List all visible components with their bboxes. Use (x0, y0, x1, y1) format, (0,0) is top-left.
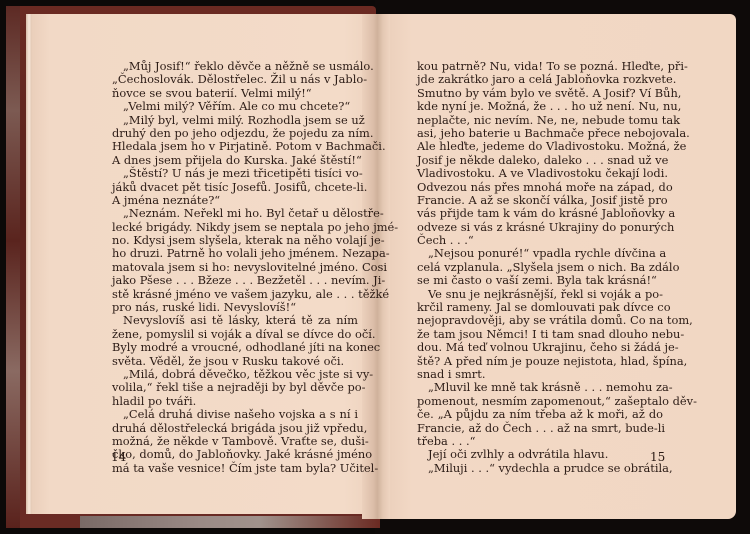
text-line: jako Pšese . . . Bžeze . . . Bezžetěl . … (112, 274, 358, 287)
text-line: krčil rameny. Jal se domlouvati pak dívc… (417, 301, 663, 314)
text-line: žene, pomyslil si voják a díval se dívce… (112, 328, 358, 341)
text-line: ňovce se svou baterií. Velmi milý!“ (112, 87, 358, 100)
text-line: Její oči zvlhly a odvrátila hlavu. (417, 448, 663, 461)
text-line: „Velmi milý? Věřím. Ale co mu chcete?“ (112, 100, 358, 113)
text-line: se mi často o vaší zemi. Byla tak krásná… (417, 274, 663, 287)
text-line: volila,“ řekl tiše a nejraději by byl dě… (112, 381, 358, 394)
text-line: „Mluvil ke mně tak krásně . . . nemohu z… (417, 381, 663, 394)
text-line: stě krásné jméno ve vašem jazyku, ale . … (112, 288, 358, 301)
text-line: celá vzplanula. „Slyšela jsem o nich. Ba… (417, 261, 663, 274)
text-line: čko, domů, do Jabloňovky. Jaké krásné jm… (112, 448, 358, 461)
text-line: Odvezou nás přes mnohá moře na západ, do (417, 181, 663, 194)
text-line: vás přijde tam k vám do krásné Jabloňovk… (417, 207, 663, 220)
cover-bottom-edge (80, 516, 380, 528)
text-line: neplačte, nic nevím. Ne, ne, nebude tomu… (417, 114, 663, 127)
text-line: že tam jsou Němci! I ti tam snad dlouho … (417, 328, 663, 341)
left-page-number: 14 (111, 450, 126, 464)
cover-spine-edge (6, 6, 20, 528)
text-line: „Nejsou ponuré!“ vpadla rychle dívčina a (417, 247, 663, 260)
text-line: snad i smrt. (417, 368, 663, 381)
text-line: hladil po tváři. (112, 395, 358, 408)
text-line: matovala jsem si ho: nevyslovitelné jmén… (112, 261, 358, 274)
text-line: „Milá, dobrá děvečko, těžkou věc jste si… (112, 368, 358, 381)
text-line: Francie. A až se skončí válka, Josif jis… (417, 194, 663, 207)
text-line: světa. Věděl, že jsou v Rusku takové oči… (112, 355, 358, 368)
text-line: A dnes jsem přijela do Kurska. Jaké štěs… (112, 154, 358, 167)
left-page-edge (26, 14, 32, 514)
right-page-text: kou patrně? Nu, vida! To se pozná. Hleďt… (417, 60, 663, 475)
text-line: nejopravdověji, aby se vrátila domů. Co … (417, 314, 663, 327)
right-page-number: 15 (650, 450, 665, 464)
text-line: Ve snu je nejkrásnější, řekl si voják a … (417, 288, 663, 301)
text-line: no. Kdysi jsem slyšela, kterak na něho v… (112, 234, 358, 247)
text-line: pro nás, ruské lidi. Nevyslovíš!“ (112, 301, 358, 314)
text-line: lecké brigády. Nikdy jsem se neptala po … (112, 221, 358, 234)
text-line: Vladivostoku. A ve Vladivostoku čekají l… (417, 167, 663, 180)
text-line: ště? A před ním je pouze nejistota, hlad… (417, 355, 663, 368)
text-line: kde nyní je. Možná, že . . . ho už není.… (417, 100, 663, 113)
text-line: „Můj Josif!“ řeklo děvče a něžně se usmá… (112, 60, 358, 73)
text-line: „Neznám. Neřekl mi ho. Byl četař u dělos… (112, 207, 358, 220)
text-line: ho druzi. Patrně ho volali jeho jménem. … (112, 247, 358, 260)
text-line: „Celá druhá divise našeho vojska a s ní … (112, 408, 358, 421)
text-line: pomenout, nesmím zapomenout,“ zašeptalo … (417, 395, 663, 408)
text-line: dou. Má teď volnou Ukrajinu, čeho si žád… (417, 341, 663, 354)
text-line: asi, jeho baterie u Bachmače přece neboj… (417, 127, 663, 140)
text-line: A jména neznáte?“ (112, 194, 358, 207)
text-line: možná, že někde v Tambově. Vraťte se, du… (112, 435, 358, 448)
text-line: Francie, až do Čech . . . až na smrt, bu… (417, 422, 663, 435)
text-line: Ale hleďte, jedeme do Vladivostoku. Možn… (417, 140, 663, 153)
text-line: Smutno by vám bylo ve světě. A Josif? Ví… (417, 87, 663, 100)
text-line: má ta vaše vesnice! Čím jste tam byla? U… (112, 462, 358, 475)
text-line: druhá dělostřelecká brigáda jsou již vpř… (112, 422, 358, 435)
text-line: třeba . . .“ (417, 435, 663, 448)
text-line: „Čechoslovák. Dělostřelec. Žil u nás v J… (112, 73, 358, 86)
text-line: odveze si vás z krásné Ukrajiny do ponur… (417, 221, 663, 234)
text-line: jde zakrátko jaro a celá Jabloňovka rozk… (417, 73, 663, 86)
text-line: če. „A půjdu za ním třeba až k moři, až … (417, 408, 663, 421)
text-line: jáků dvacet pět tisíc Josefů. Josifů, ch… (112, 181, 358, 194)
text-line: „Miluji . . .“ vydechla a prudce se obrá… (417, 462, 663, 475)
text-line: „Štěstí? U nás je mezi třicetipěti tisíc… (112, 167, 358, 180)
text-line: Byly modré a vroucné, odhodlané jíti na … (112, 341, 358, 354)
left-page-text: „Můj Josif!“ řeklo děvče a něžně se usmá… (112, 60, 358, 475)
text-line: Hledala jsem ho v Pirjatině. Potom v Bac… (112, 140, 358, 153)
text-line: Nevyslovíš asi tě lásky, která tě za ním (112, 314, 358, 327)
text-line: druhý den po jeho odjezdu, že pojedu za … (112, 127, 358, 140)
text-line: „Milý byl, velmi milý. Rozhodla jsem se … (112, 114, 358, 127)
text-line: kou patrně? Nu, vida! To se pozná. Hleďt… (417, 60, 663, 73)
text-line: Josif je někde daleko, daleko . . . snad… (417, 154, 663, 167)
text-line: Čech . . .“ (417, 234, 663, 247)
